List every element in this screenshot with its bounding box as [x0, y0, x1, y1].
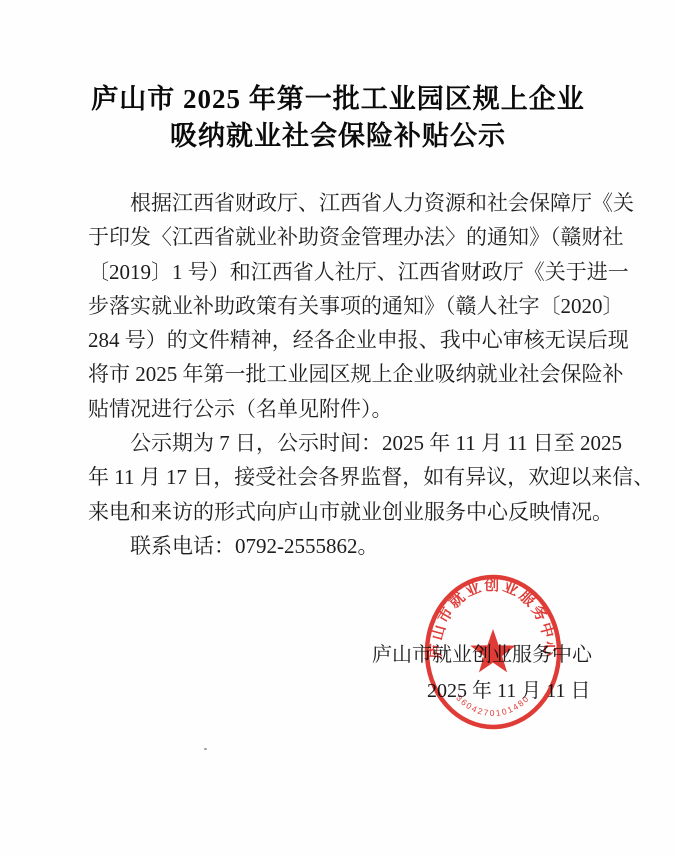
body-line: 公示期为 7 日，公示时间：2025 年 11 月 11 日至 2025: [88, 426, 588, 460]
body-line: 于印发〈江西省就业补助资金管理办法〉的通知》（赣财社: [88, 220, 588, 254]
star-icon: [470, 629, 516, 672]
official-seal: 庐山市就业创业服务中心 3604270101480: [393, 537, 593, 767]
scan-speck: [204, 748, 207, 750]
body-line: 根据江西省财政厅、江西省人力资源和社会保障厅《关: [88, 186, 588, 220]
svg-text:3604270101480: 3604270101480: [454, 693, 531, 718]
title-line-2: 吸纳就业社会保险补贴公示: [0, 118, 676, 155]
seal-code-text: 3604270101480: [454, 693, 531, 718]
body-line: 贴情况进行公示（名单见附件）。: [88, 392, 588, 426]
document-title: 庐山市 2025 年第一批工业园区规上企业 吸纳就业社会保险补贴公示: [0, 81, 676, 155]
body-line: 284 号）的文件精神，经各企业申报、我中心审核无误后现: [88, 323, 588, 357]
document-body: 根据江西省财政厅、江西省人力资源和社会保障厅《关于印发〈江西省就业补助资金管理办…: [88, 186, 588, 563]
body-line: 将市 2025 年第一批工业园区规上企业吸纳就业社会保险补: [88, 357, 588, 391]
title-line-1: 庐山市 2025 年第一批工业园区规上企业: [0, 81, 676, 118]
body-line: 年 11 月 17 日，接受社会各界监督，如有异议，欢迎以来信、: [88, 460, 588, 494]
body-line: 来电和来访的形式向庐山市就业创业服务中心反映情况。: [88, 495, 588, 529]
body-line: 〔2019〕1 号）和江西省人社厅、江西省财政厅《关于进一: [88, 255, 588, 289]
body-line: 步落实就业补助政策有关事项的通知》（赣人社字〔2020〕: [88, 289, 588, 323]
document-page: 庐山市 2025 年第一批工业园区规上企业 吸纳就业社会保险补贴公示 根据江西省…: [0, 0, 676, 855]
